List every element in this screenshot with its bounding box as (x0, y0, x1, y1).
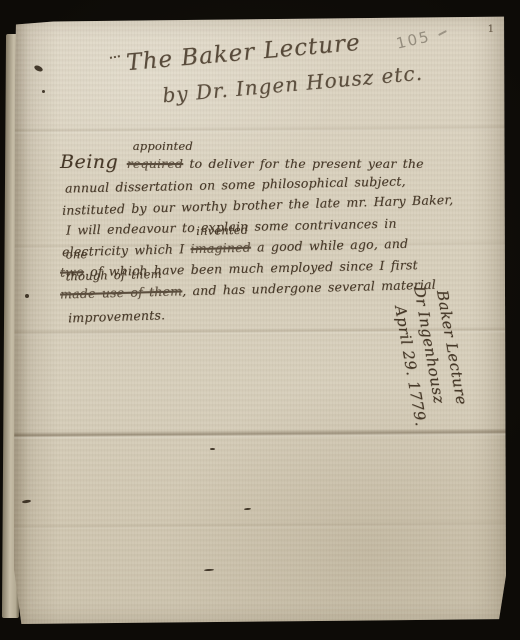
ink-spot (22, 499, 31, 503)
rotated-side-note: Baker Lecture Dr Ingenhousz April 29. 17… (382, 278, 484, 477)
ink-spot (25, 294, 29, 298)
ink-spot (204, 569, 214, 572)
fold-crease (14, 124, 506, 134)
manuscript-text: to deliver for the present year the (183, 156, 424, 171)
struck-text: made use of them (60, 283, 183, 301)
inserted-word: appointed (133, 141, 193, 152)
inserted-word: one (66, 249, 88, 260)
struck-text: imagined (190, 240, 251, 256)
manuscript-text: a good while ago, and (251, 236, 409, 255)
pen-marks (110, 55, 120, 60)
pencil-page-number: 105 (394, 27, 432, 52)
ink-spot (42, 90, 45, 93)
correction-group: though of themmade use of them (60, 280, 183, 304)
correction-group: inventedimagined (190, 237, 251, 259)
ink-spot (210, 448, 215, 450)
ink-spot (244, 508, 251, 511)
ink-spot (33, 64, 43, 72)
fold-crease (14, 520, 506, 530)
manuscript-body: Being appointedrequired to deliver for t… (60, 152, 408, 323)
pencil-flourish (438, 30, 447, 36)
correction-group: appointedrequired (127, 153, 183, 174)
struck-text: required (127, 156, 183, 171)
manuscript-page: 105 1 The Baker Lecture by Dr. Ingen Hou… (14, 16, 506, 624)
inserted-word: invented (196, 225, 248, 237)
folio-number: 1 (488, 24, 494, 35)
inserted-word: though of them (65, 269, 161, 283)
manuscript-text: improvements. (68, 307, 166, 325)
manuscript-text: Being (60, 151, 127, 173)
manuscript-scan: 105 1 The Baker Lecture by Dr. Ingen Hou… (0, 0, 520, 640)
